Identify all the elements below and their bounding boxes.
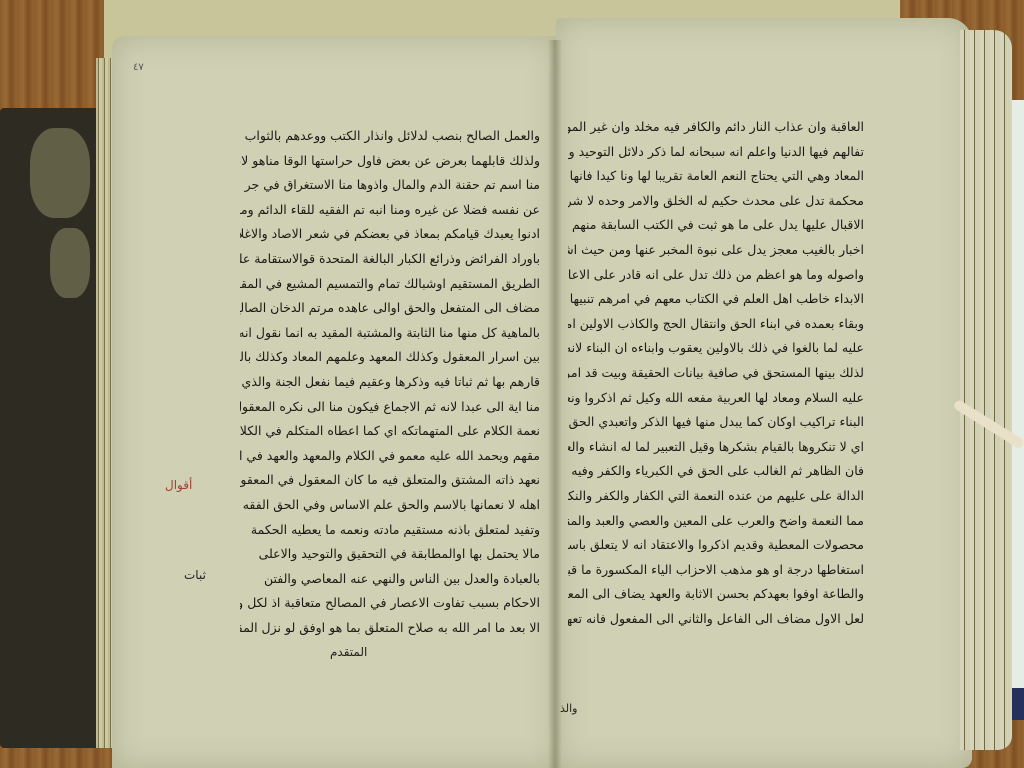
text-line: والعمل الصالح بنصب لدلائل وانذار الكتب و… — [240, 124, 540, 149]
text-line: منا اية الى عبدا لانه ثم الاجماع فيكون م… — [240, 395, 540, 420]
text-line: استغاطها درجة او هو مذهب الاحزاب الياء ا… — [568, 558, 864, 583]
left-catchword: المتقدم — [330, 645, 367, 659]
text-line: عليه لما بالغوا في ذلك بالاولين يعقوب وا… — [568, 336, 864, 361]
text-line: ادنوا يعبدك قيامكم بمعاذ في بعضكم في شعر… — [240, 222, 540, 247]
text-line: مما النعمة واضح والعرب على المعين والعصي… — [568, 509, 864, 534]
text-line: تفالهم فيها الدنيا واعلم انه سبحانه لما … — [568, 140, 864, 165]
text-line: بين اسرار المعقول وكذلك المعهد وعلمهم ال… — [240, 345, 540, 370]
text-line: محكمة تدل على محدث حكيم له الخلق والامر … — [568, 189, 864, 214]
text-line: واصوله وما هو اعظم من ذلك تدل على انه قا… — [568, 263, 864, 288]
book-gutter — [548, 40, 562, 768]
text-line: العاقبة وان عذاب النار دائم والكافر فيه … — [568, 115, 864, 140]
text-line: بالماهية كل منها منا الثابتة والمشتبة ال… — [240, 321, 540, 346]
cover-wear — [30, 128, 90, 218]
text-line: عليه السلام ومعاد لها العربية مفعه الله … — [568, 386, 864, 411]
text-line: مالا يحتمل بها اوالمطابقة في التحقيق وال… — [240, 542, 540, 567]
text-line: محصولات المعطية وقديم اذكروا والاعتقاد ا… — [568, 533, 864, 558]
text-line: والطاعة اوفوا بعهدكم بحسن الاثابة والعهد… — [568, 582, 864, 607]
text-line: الاقبال عليها يدل على ما هو ثبت في الكتب… — [568, 213, 864, 238]
page-stack-right — [960, 30, 1012, 750]
text-line: عن نفسه فضلا عن غيره ومنا انبه تم الفقيه… — [240, 198, 540, 223]
text-line: لذلك بينها المستحق في صافية بيانات الحقي… — [568, 361, 864, 386]
text-line: بالعبادة والعدل بين الناس والنهي عنه الم… — [240, 567, 540, 592]
text-line: الاحكام بسبب تفاوت الاعصار في المصالح مت… — [240, 591, 540, 616]
text-line: باوراد الفرائض وذرائع الكبار البالغة الم… — [240, 247, 540, 272]
text-line: المعاد وهي التي يحتاج النعم العامة تقريب… — [568, 164, 864, 189]
text-line: نعهد ذاته المشتق والمتعلق فيه ما كان الم… — [240, 468, 540, 493]
text-line: فان الظاهر ثم الغالب على الحق في الكبريا… — [568, 459, 864, 484]
right-catchword: والذ — [560, 702, 578, 715]
text-line: مضاف الى المتفعل والحق اوالى عاهده مرتم … — [240, 296, 540, 321]
margin-note-red: أقوال — [165, 478, 192, 492]
text-line: وبقاء بعمده في ابناء الحق وانتقال الحج و… — [568, 312, 864, 337]
cover-wear — [50, 228, 90, 298]
margin-note: ثبات — [184, 568, 206, 582]
right-page-text: العاقبة وان عذاب النار دائم والكافر فيه … — [568, 115, 864, 631]
text-line: ولذلك قابلهما بعرض عن بعض فاول حراستها ا… — [240, 149, 540, 174]
text-line: وتفيد لمتعلق باذنه مستقيم مادته ونعمه ما… — [240, 518, 540, 543]
text-line: لعل الاول مضاف الى الفاعل والثاني الى ال… — [568, 607, 864, 632]
left-page-text: والعمل الصالح بنصب لدلائل وانذار الكتب و… — [240, 124, 540, 640]
text-line: منا اسم تم حقنة الدم والمال واذوها منا ا… — [240, 173, 540, 198]
text-line: البناء تراكيب اوكان كما يبدل منها فيها ا… — [568, 410, 864, 435]
text-line: الابداء خاطب اهل العلم في الكتاب معهم في… — [568, 287, 864, 312]
folio-number: ٤٧ — [133, 62, 144, 73]
text-line: اهله لا نعمانها بالاسم والحق علم الاساس … — [240, 493, 540, 518]
text-line: قارهم بها ثم ثباتا فيه وذكرها وعقيم فيما… — [240, 370, 540, 395]
text-line: اخبار بالغيب معجز يدل على نبوة المخبر عن… — [568, 238, 864, 263]
text-line: نعمة الكلام على المتهماتكه اي كما اعطاه … — [240, 419, 540, 444]
text-line: الدالة على عليهم من عنده النعمة التي الك… — [568, 484, 864, 509]
text-line: الطريق المستقيم اوشبالك تمام والتمسيم ال… — [240, 272, 540, 297]
text-line: اي لا تنكروها بالقيام بشكرها وقيل التعبي… — [568, 435, 864, 460]
text-line: الا بعد ما امر الله به صلاح المتعلق بما … — [240, 616, 540, 641]
text-line: مقهم ويحمد الله عليه معمو في الكلام والم… — [240, 444, 540, 469]
